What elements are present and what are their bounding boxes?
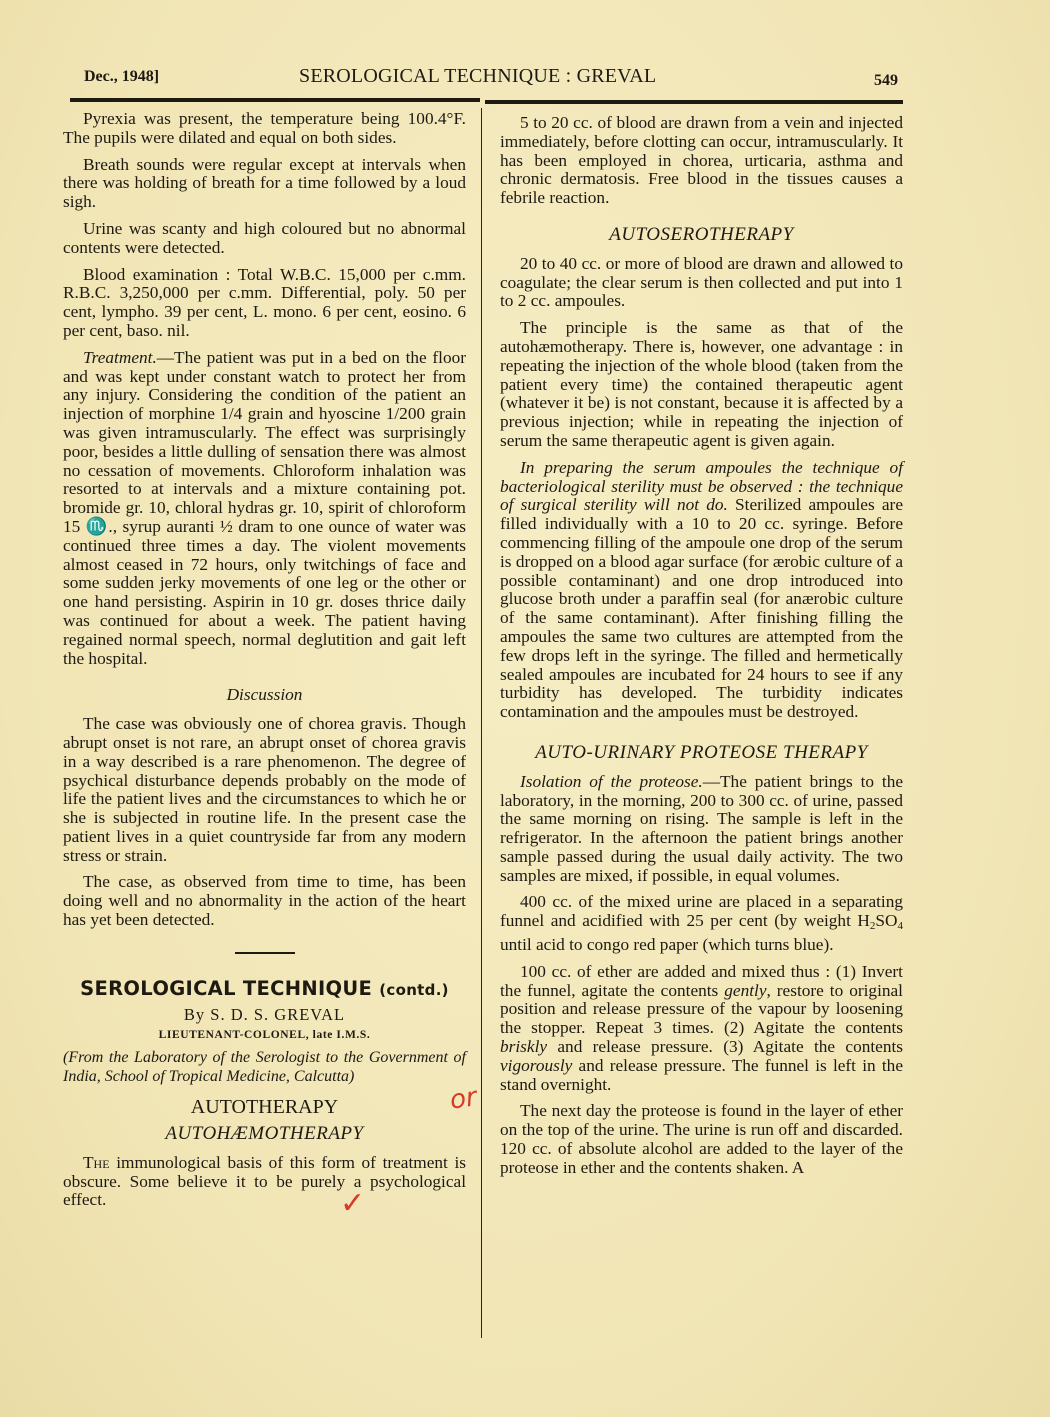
header-rule-left — [70, 98, 480, 102]
immunological-basis-text: immunological basis of this form of trea… — [63, 1153, 466, 1210]
section-separator — [235, 952, 295, 954]
acidification-text-a: 400 cc. of the mixed urine are placed in… — [500, 892, 903, 930]
paragraph-autohaemotherapy-method: 5 to 20 cc. of blood are drawn from a ve… — [500, 114, 903, 208]
running-head: Dec., 1948] SEROLOGICAL TECHNIQUE : GREV… — [64, 62, 910, 92]
left-column: Pyrexia was present, the temperature bei… — [63, 110, 466, 1218]
paragraph-sterility: In preparing the serum ampoules the tech… — [500, 459, 903, 722]
subscript-4: 4 — [898, 920, 904, 932]
paragraph-ether-mixing: 100 cc. of ether are added and mixed thu… — [500, 963, 903, 1095]
paragraph-treatment: Treatment.—The patient was put in a bed … — [63, 349, 466, 669]
paragraph-blood-examination: Blood examination : Total W.B.C. 15,000 … — [63, 266, 466, 341]
section-heading-autotherapy: AUTOTHERAPY — [63, 1098, 466, 1117]
ether-text-c: and release pressure. (3) Agitate the co… — [547, 1037, 903, 1056]
treatment-text: —The patient was put in a bed on the flo… — [63, 348, 466, 668]
page-number: 549 — [874, 72, 898, 90]
proteose-therapy-heading: AUTO-URINARY PROTEOSE THERAPY — [500, 744, 903, 763]
header-rule-right — [485, 100, 903, 104]
paragraph-followup: The case, as observed from time to time,… — [63, 873, 466, 929]
sterility-text: Sterilized ampoules are filled individua… — [500, 495, 903, 721]
ether-briskly: briskly — [500, 1037, 547, 1056]
author-affiliation: (From the Laboratory of the Serologist t… — [63, 1049, 466, 1086]
paragraph-isolation: Isolation of the proteose.—The patient b… — [500, 773, 903, 886]
right-column: 5 to 20 cc. of blood are drawn from a ve… — [500, 114, 903, 1186]
journal-page: Dec., 1948] SEROLOGICAL TECHNIQUE : GREV… — [0, 0, 1050, 1417]
isolation-lead: Isolation of the proteose. — [520, 772, 703, 791]
discussion-heading: Discussion — [63, 686, 466, 705]
article-title: SEROLOGICAL TECHNIQUE (contd.) — [63, 980, 466, 1000]
acidification-text-b: SO — [875, 911, 897, 930]
paragraph-discussion: The case was obviously one of chorea gra… — [63, 715, 466, 865]
issue-date: Dec., 1948] — [84, 68, 159, 86]
paragraph-pyrexia: Pyrexia was present, the temperature bei… — [63, 110, 466, 148]
paragraph-breath-sounds: Breath sounds were regular except at int… — [63, 156, 466, 212]
article-title-suffix: (contd.) — [379, 981, 449, 999]
drop-lead: The — [83, 1153, 110, 1172]
author-rank: LIEUTENANT-COLONEL, late I.M.S. — [63, 1026, 466, 1045]
autoserotherapy-heading: AUTOSEROTHERAPY — [500, 226, 903, 245]
paragraph-acidification: 400 cc. of the mixed urine are placed in… — [500, 893, 903, 954]
paragraph-autoserotherapy-method: 20 to 40 cc. or more of blood are drawn … — [500, 255, 903, 311]
running-title: SEROLOGICAL TECHNIQUE : GREVAL — [299, 65, 656, 88]
handwritten-check-icon: ✓ — [340, 1186, 365, 1221]
treatment-lead: Treatment. — [83, 348, 157, 367]
ether-gently: gently — [724, 981, 766, 1000]
acidification-text-c: until acid to congo red paper (which tur… — [500, 935, 834, 954]
paragraph-principle: The principle is the same as that of the… — [500, 319, 903, 451]
ether-vigorously: vigorously — [500, 1056, 572, 1075]
author-byline: By S. D. S. GREVAL — [63, 1006, 466, 1025]
article-title-text: SEROLOGICAL TECHNIQUE — [80, 977, 372, 1000]
paragraph-immunological-basis: The immunological basis of this form of … — [63, 1154, 466, 1210]
handwritten-margin-mark: or — [448, 1082, 479, 1115]
paragraph-urine: Urine was scanty and high coloured but n… — [63, 220, 466, 258]
paragraph-next-day: The next day the proteose is found in th… — [500, 1102, 903, 1177]
column-divider — [481, 108, 482, 1338]
subsection-heading-autohaemotherapy: AUTOHÆMOTHERAPY — [63, 1125, 466, 1144]
